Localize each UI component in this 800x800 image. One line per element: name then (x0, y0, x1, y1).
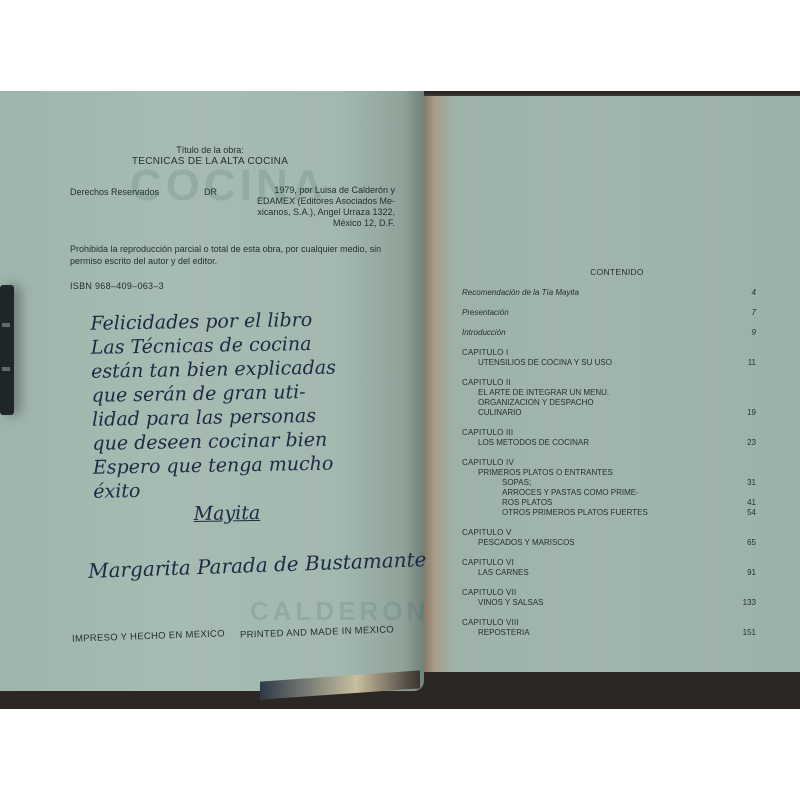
toc-entry-page: 31 (747, 478, 772, 488)
toc-entry: ARROCES Y PASTAS COMO PRIME- (462, 488, 772, 498)
toc-chapter: CAPITULO I UTENSILIOS DE COCINA Y SU USO… (462, 348, 772, 368)
isbn: ISBN 968–409–063–3 (70, 281, 164, 292)
toc-entry-label: CULINARIO (478, 408, 522, 418)
toc-entry-label: Recomendación de la Tía Mayita (462, 288, 579, 298)
toc-entry-label: SOPAS; (502, 478, 531, 488)
toc-entry: PESCADOS Y MARISCOS65 (462, 538, 772, 548)
toc-entry-label: ROS PLATOS (502, 498, 552, 508)
toc-entry-page: 4 (752, 288, 772, 298)
toc-entry: LAS CARNES91 (462, 568, 772, 578)
author-signature: Margarita Parada de Bustamante (88, 547, 429, 583)
copyright-line: 1979, por Luisa de Calderón y (245, 185, 395, 196)
toc-entry-label: Presentación (462, 308, 509, 318)
toc-entry-label: REPOSTERIA (478, 628, 530, 638)
left-page: COCINA CALDERON Título de la obra: TECNI… (0, 91, 424, 691)
toc-entry-label: ARROCES Y PASTAS COMO PRIME- (502, 488, 639, 498)
toc-entry: SOPAS;31 (462, 478, 772, 488)
chapter-label: CAPITULO V (462, 528, 772, 538)
toc-entry-label: UTENSILIOS DE COCINA Y SU USO (478, 358, 612, 368)
handwritten-dedication: Felicidades por el libro Las Técnicas de… (90, 306, 414, 528)
toc-chapter: CAPITULO VIII REPOSTERIA151 (462, 618, 772, 638)
toc-entry: ORGANIZACION Y DESPACHO (462, 398, 772, 408)
toc-entry: ROS PLATOS41 (462, 498, 772, 508)
toc-entry: REPOSTERIA151 (462, 628, 772, 638)
toc-entry: VINOS Y SALSAS133 (462, 598, 772, 608)
copyright-line: EDAMEX (Editores Asociados Me- (245, 196, 395, 207)
toc-entry: EL ARTE DE INTEGRAR UN MENU. (462, 388, 772, 398)
toc-entry-label: VINOS Y SALSAS (478, 598, 544, 608)
toc-chapter: CAPITULO V PESCADOS Y MARISCOS65 (462, 528, 772, 548)
toc-entry-page: 65 (747, 538, 772, 548)
toc-entry-label: OTROS PRIMEROS PLATOS FUERTES (502, 508, 648, 518)
toc-entry: Presentación 7 (462, 308, 772, 318)
bleed-through-text: CALDERON (250, 596, 429, 627)
toc-entry-label: PESCADOS Y MARISCOS (478, 538, 575, 548)
chapter-label: CAPITULO II (462, 378, 772, 388)
toc-entry-page: 23 (747, 438, 772, 448)
copyright-holder: 1979, por Luisa de Calderón y EDAMEX (Ed… (245, 185, 395, 229)
chapter-label: CAPITULO VII (462, 588, 772, 598)
toc-entry: Recomendación de la Tía Mayita 4 (462, 288, 772, 298)
toc-entry-page: 7 (752, 308, 772, 318)
toc-entry-label: ORGANIZACION Y DESPACHO (478, 398, 594, 408)
toc-heading: CONTENIDO (462, 267, 772, 277)
chapter-label: CAPITULO VIII (462, 618, 772, 628)
book-title: TECNICAS DE LA ALTA COCINA (0, 156, 420, 167)
rights-label: Derechos Reservados (70, 187, 159, 198)
toc-entry-page: 41 (747, 498, 772, 508)
toc-entry-page: 11 (748, 358, 772, 368)
toc-chapter: CAPITULO VII VINOS Y SALSAS133 (462, 588, 772, 608)
book-photo: COCINA CALDERON Título de la obra: TECNI… (0, 91, 800, 709)
toc-entry: LOS METODOS DE COCINAR23 (462, 438, 772, 448)
copyright-line: xicanos, S.A.), Angel Urraza 1322, (245, 207, 395, 218)
chapter-label: CAPITULO I (462, 348, 772, 358)
handwritten-sign: Mayita (93, 498, 413, 528)
toc-chapter: CAPITULO III LOS METODOS DE COCINAR23 (462, 428, 772, 448)
chapter-label: CAPITULO III (462, 428, 772, 438)
title-label: Título de la obra: (0, 145, 420, 156)
toc-entry-page: 54 (747, 508, 772, 518)
toc-entry-page: 133 (743, 598, 772, 608)
toc-entry-label: LAS CARNES (478, 568, 529, 578)
toc-chapter: CAPITULO II EL ARTE DE INTEGRAR UN MENU.… (462, 378, 772, 418)
toc-chapter: CAPITULO VI LAS CARNES91 (462, 558, 772, 578)
toc-entry-page: 91 (747, 568, 772, 578)
toc-entry-label: Introducción (462, 328, 506, 338)
chapter-label: CAPITULO VI (462, 558, 772, 568)
toc-entry: PRIMEROS PLATOS O ENTRANTES (462, 468, 772, 478)
toc-chapter: CAPITULO IV PRIMEROS PLATOS O ENTRANTES … (462, 458, 772, 518)
toc-entry-page: 151 (743, 628, 772, 638)
copyright-line: México 12, D.F. (245, 218, 395, 229)
toc-entry: UTENSILIOS DE COCINA Y SU USO11 (462, 358, 772, 368)
rights-dr: DR (204, 187, 217, 198)
binder-clip (0, 285, 14, 415)
toc-entry-page: 9 (752, 328, 772, 338)
toc-entry: Introducción 9 (462, 328, 772, 338)
toc-entry-label: LOS METODOS DE COCINAR (478, 438, 589, 448)
toc-entry-page: 19 (747, 408, 772, 418)
imprint-spanish: IMPRESO Y HECHO EN MEXICO (72, 628, 225, 644)
toc-entry-label: EL ARTE DE INTEGRAR UN MENU. (478, 388, 609, 398)
table-of-contents: CONTENIDO Recomendación de la Tía Mayita… (462, 267, 772, 648)
toc-entry: OTROS PRIMEROS PLATOS FUERTES54 (462, 508, 772, 518)
reproduction-notice: Prohibida la reproducción parcial o tota… (70, 243, 410, 267)
chapter-label: CAPITULO IV (462, 458, 772, 468)
toc-entry-label: PRIMEROS PLATOS O ENTRANTES (478, 468, 613, 478)
toc-entry: CULINARIO19 (462, 408, 772, 418)
